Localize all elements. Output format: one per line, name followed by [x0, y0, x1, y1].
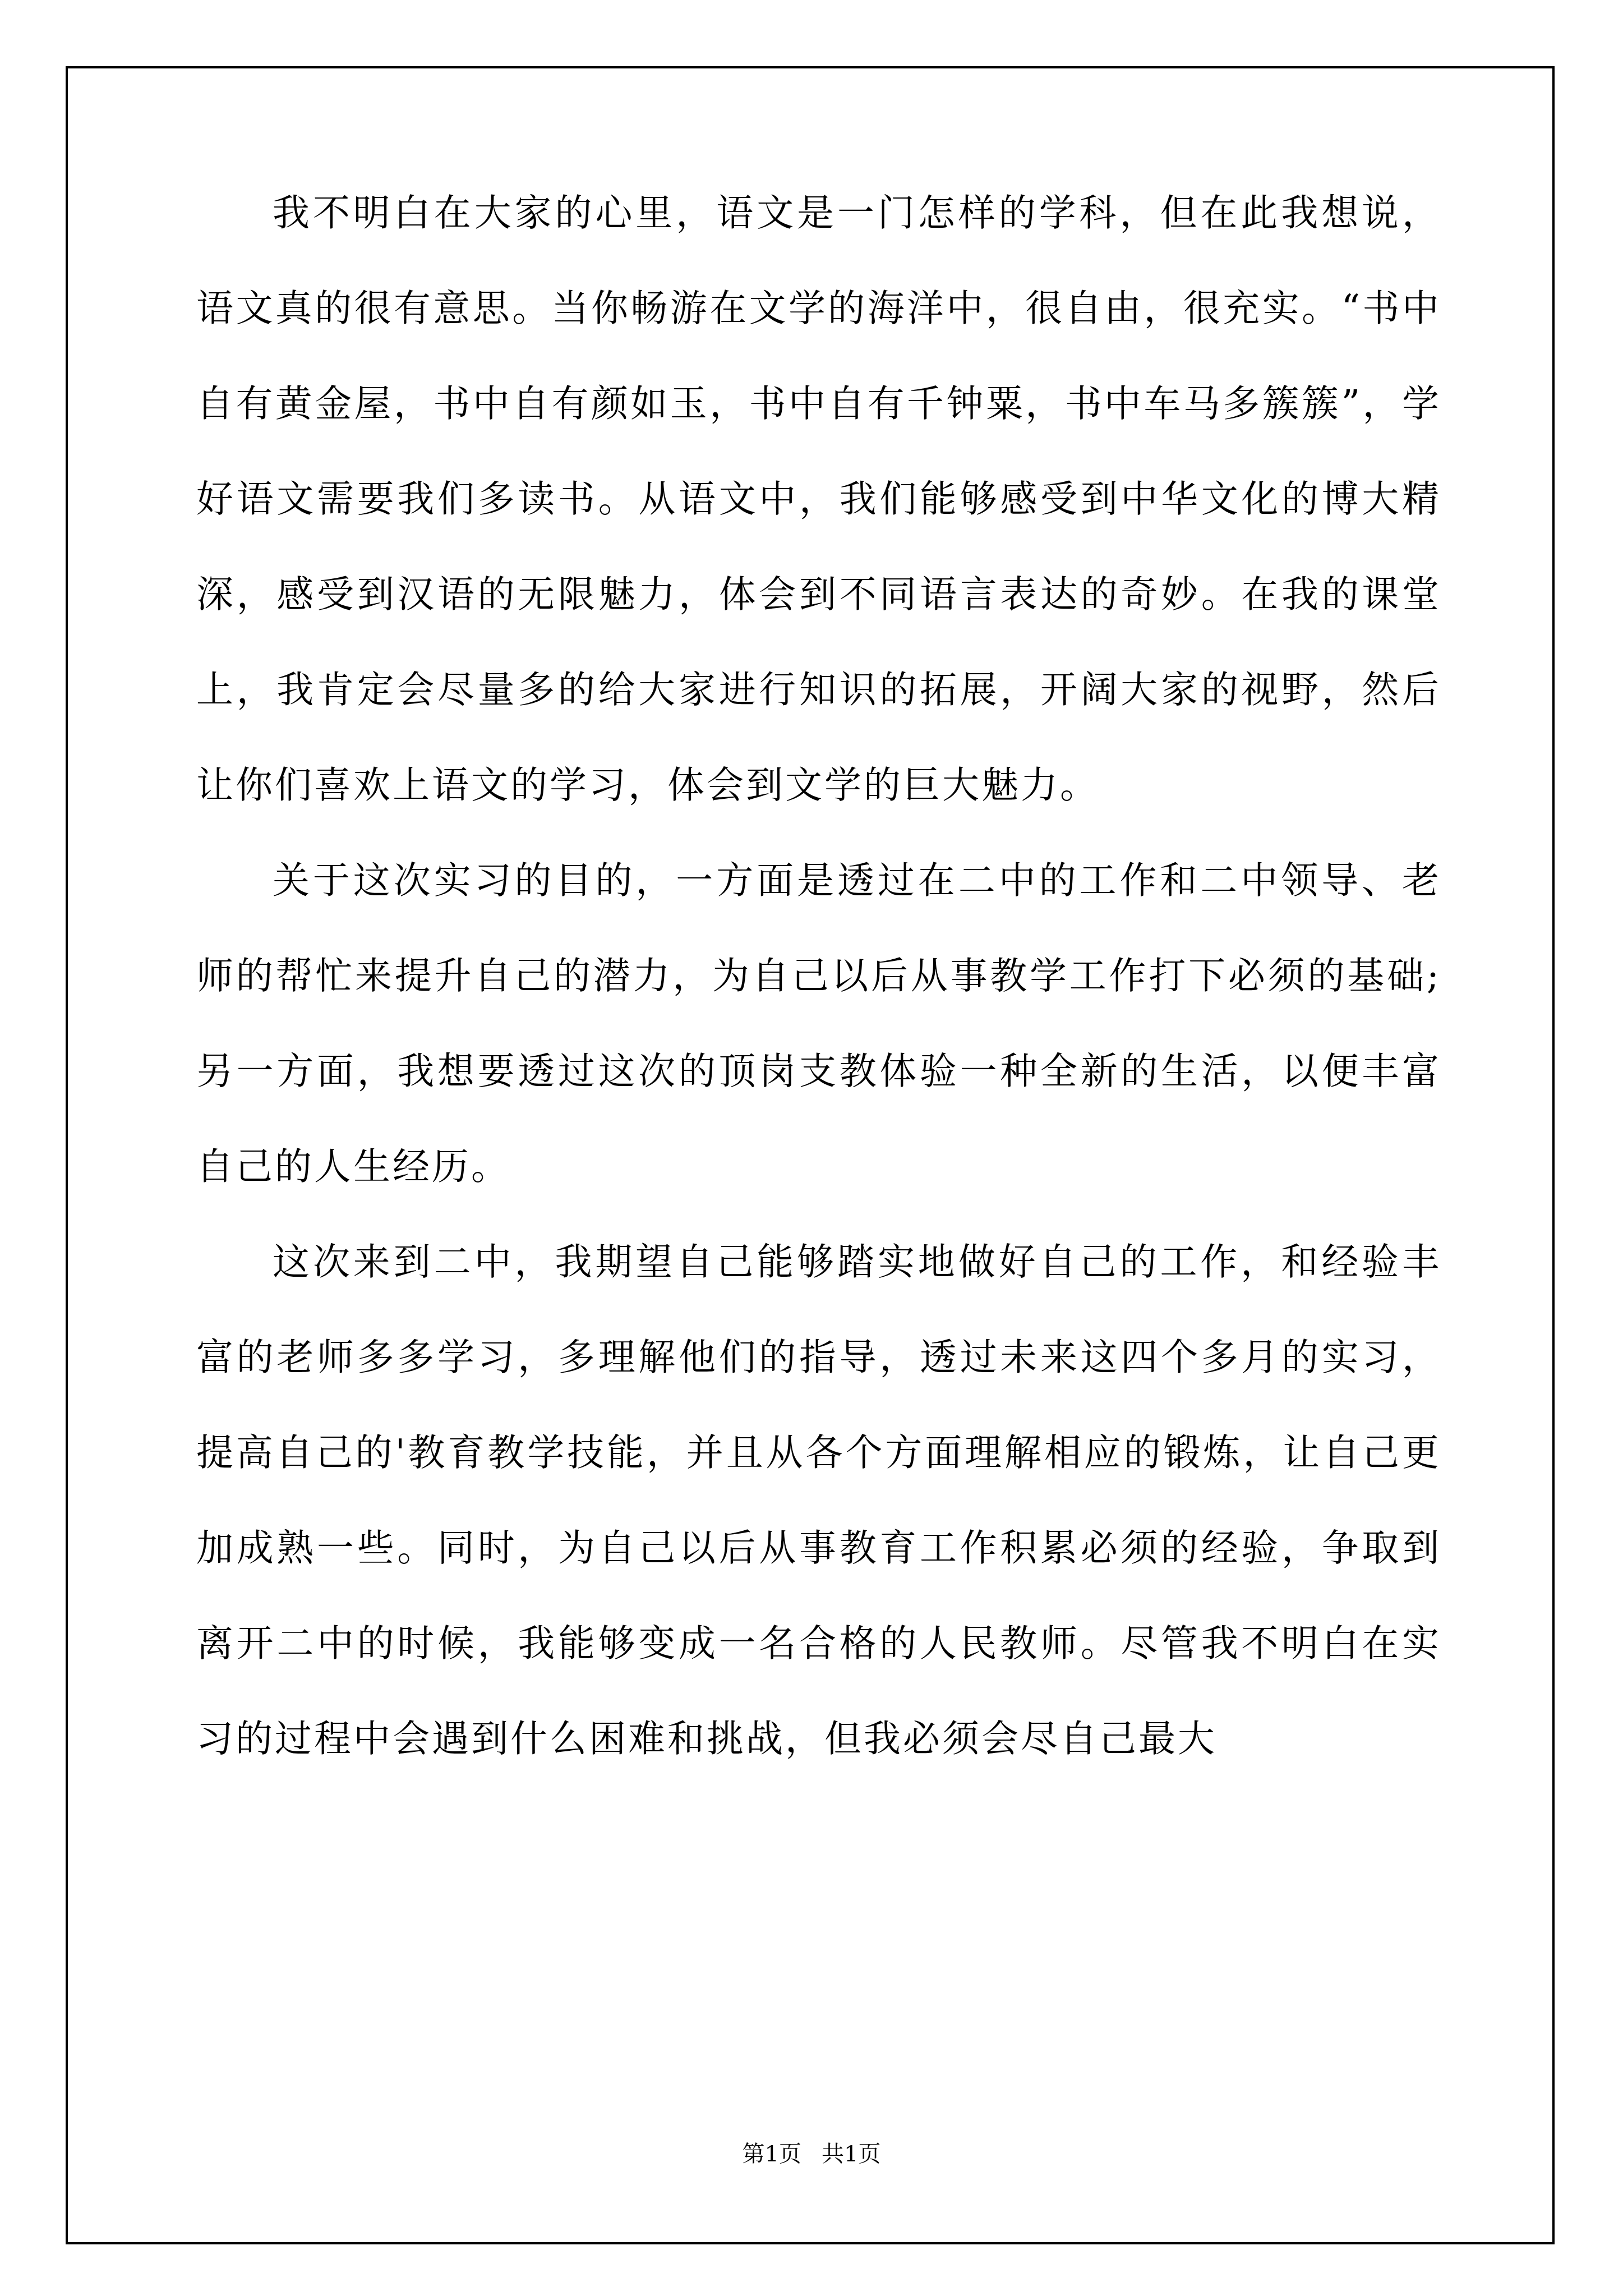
- document-body: 我不明白在大家的心里，语文是一门怎样的学科，但在此我想说，语文真的很有意思。当你…: [196, 165, 1441, 1787]
- total-page-count: 共1页: [822, 2141, 880, 2167]
- paragraph: 我不明白在大家的心里，语文是一门怎样的学科，但在此我想说，语文真的很有意思。当你…: [196, 165, 1441, 833]
- paragraph: 这次来到二中，我期望自己能够踏实地做好自己的工作，和经验丰富的老师多多学习，多理…: [196, 1214, 1441, 1787]
- paragraph: 关于这次实习的目的，一方面是透过在二中的工作和二中领导、老师的帮忙来提升自己的潜…: [196, 833, 1441, 1214]
- page-footer: 第1页共1页: [0, 2136, 1623, 2168]
- current-page-number: 第1页: [743, 2141, 801, 2167]
